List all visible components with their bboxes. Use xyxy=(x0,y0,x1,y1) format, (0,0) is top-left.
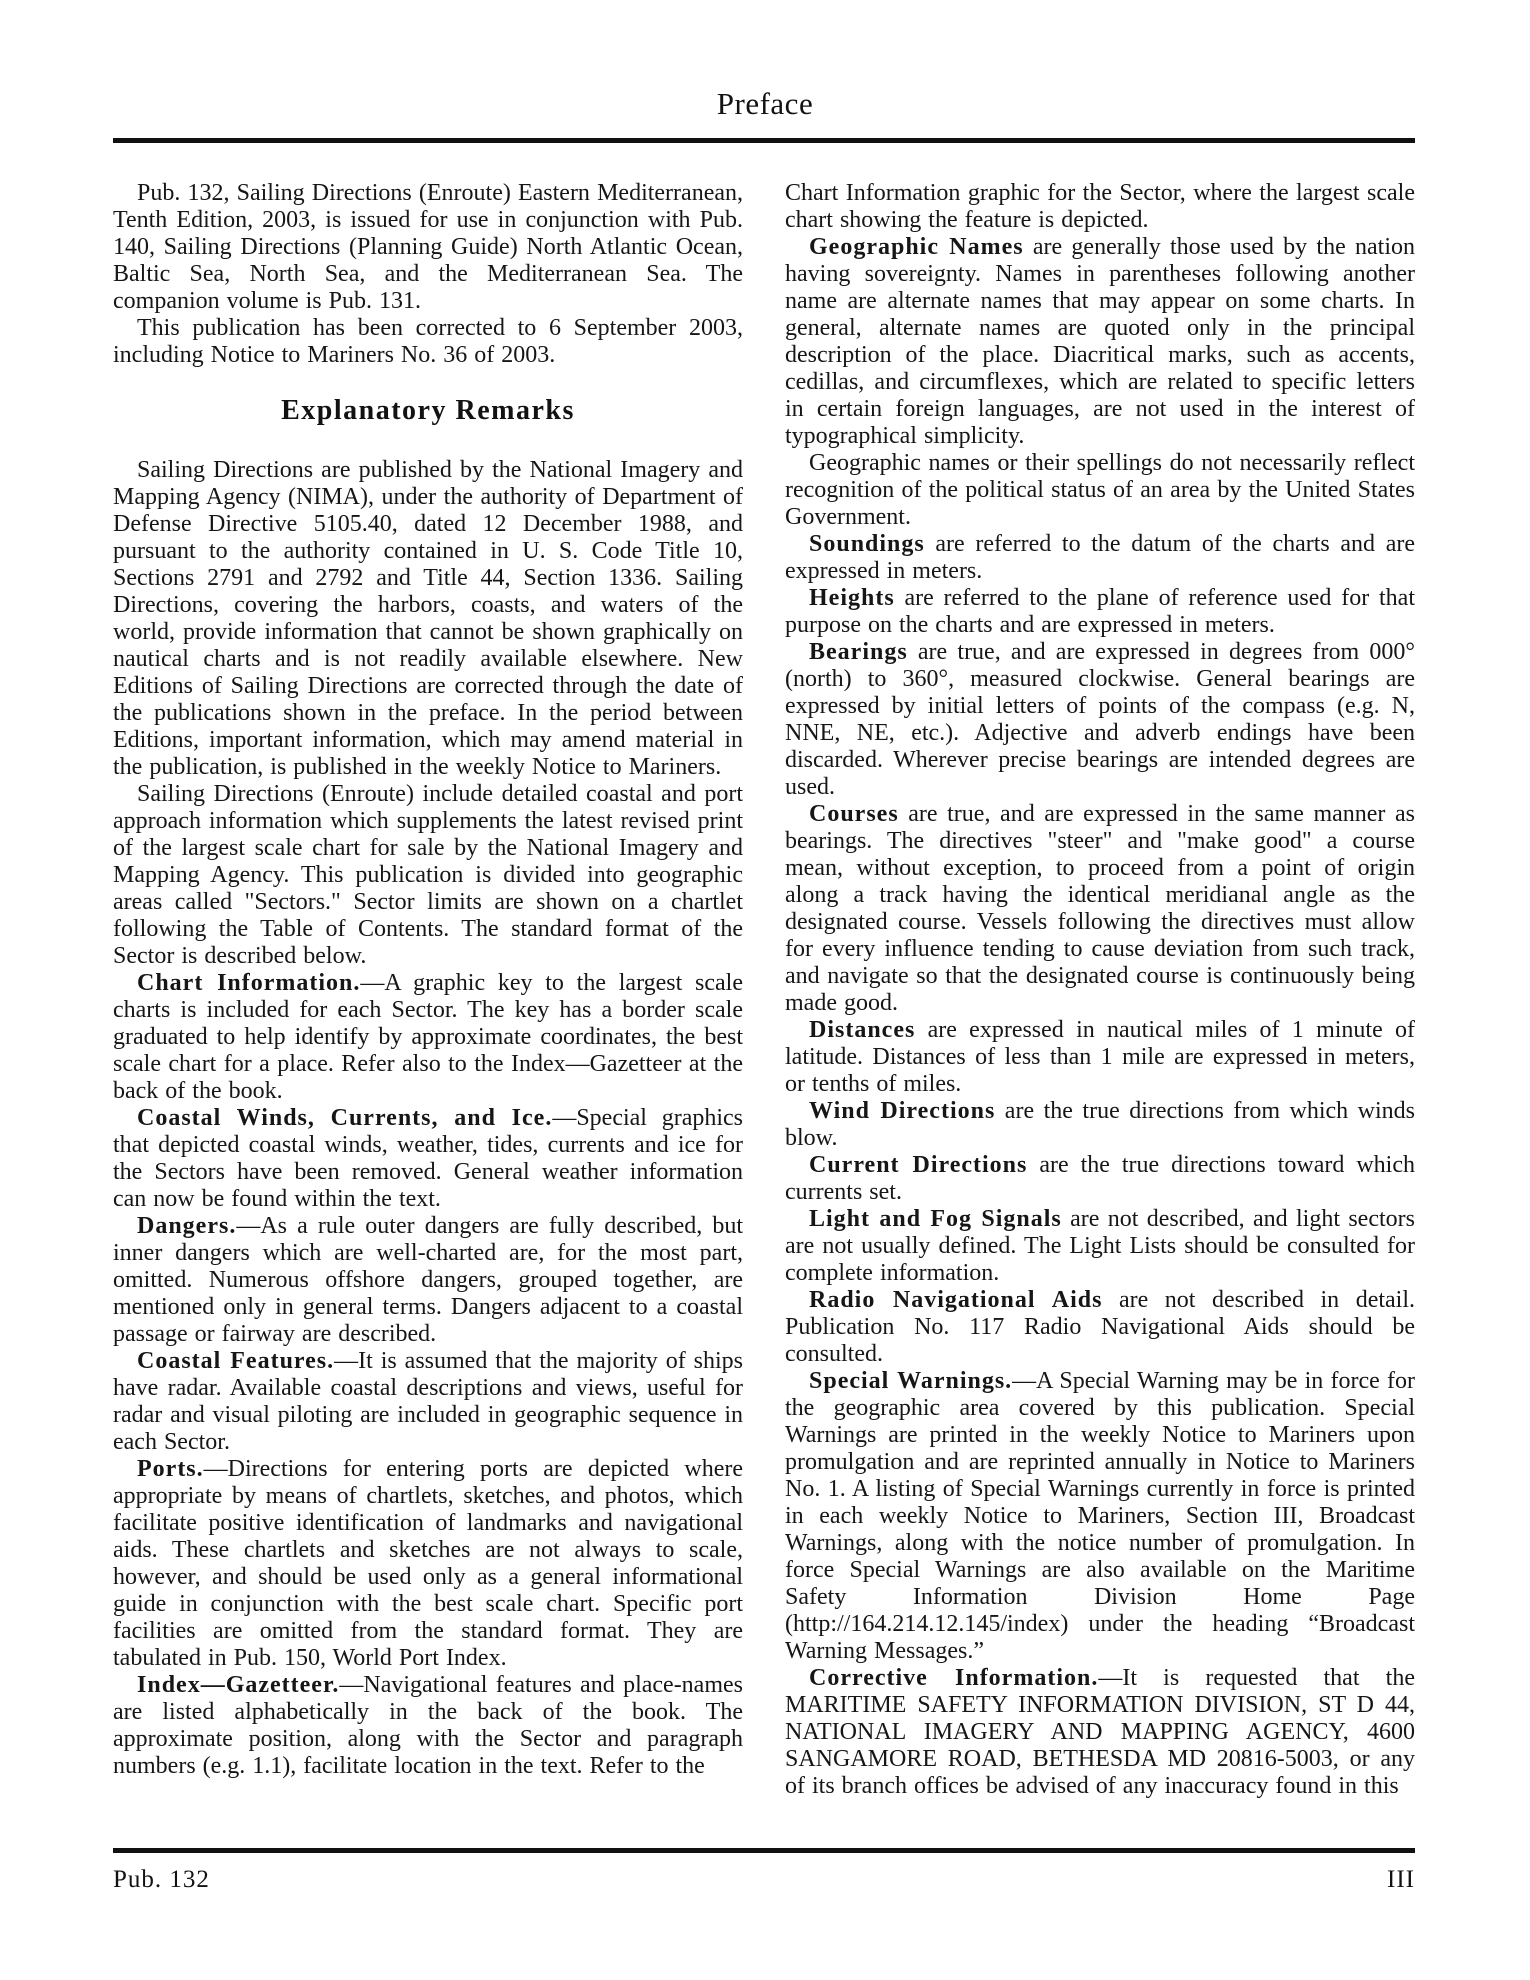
paragraph-lead: Corrective Information. xyxy=(809,1665,1098,1691)
document-page: Preface Pub. 132, Sailing Directions (En… xyxy=(0,0,1530,1980)
paragraph: Distances are expressed in nautical mile… xyxy=(785,1017,1415,1098)
paragraph: Sailing Directions (Enroute) include det… xyxy=(113,781,743,970)
page-title: Preface xyxy=(0,86,1530,122)
two-column-body: Pub. 132, Sailing Directions (Enroute) E… xyxy=(113,180,1415,1836)
paragraph: Pub. 132, Sailing Directions (Enroute) E… xyxy=(113,180,743,315)
paragraph: Radio Navigational Aids are not describe… xyxy=(785,1287,1415,1368)
paragraph-lead: Geographic Names xyxy=(809,234,1024,260)
paragraph: Current Directions are the true directio… xyxy=(785,1152,1415,1206)
paragraph: Geographic names or their spellings do n… xyxy=(785,450,1415,531)
paragraph: Ports.—Directions for entering ports are… xyxy=(113,1456,743,1672)
paragraph-lead: Ports. xyxy=(137,1456,204,1482)
footer-rule xyxy=(113,1848,1415,1853)
paragraph: Heights are referred to the plane of ref… xyxy=(785,585,1415,639)
paragraph: Chart Information.—A graphic key to the … xyxy=(113,970,743,1105)
paragraph-lead: Heights xyxy=(809,585,895,611)
paragraph: Soundings are referred to the datum of t… xyxy=(785,531,1415,585)
left-column: Pub. 132, Sailing Directions (Enroute) E… xyxy=(113,180,743,1836)
right-column: Chart Information graphic for the Sector… xyxy=(785,180,1415,1836)
paragraph-lead: Special Warnings. xyxy=(809,1368,1012,1394)
paragraph-lead: Coastal Winds, Currents, and Ice. xyxy=(137,1105,552,1131)
paragraph: Courses are true, and are expressed in t… xyxy=(785,801,1415,1017)
paragraph: Chart Information graphic for the Sector… xyxy=(785,180,1415,234)
footer-page-number: III xyxy=(1387,1866,1415,1894)
paragraph: Bearings are true, and are expressed in … xyxy=(785,639,1415,801)
paragraph: Light and Fog Signals are not described,… xyxy=(785,1206,1415,1287)
paragraph: Coastal Winds, Currents, and Ice.—Specia… xyxy=(113,1105,743,1213)
paragraph-lead: Courses xyxy=(809,801,899,827)
paragraph-lead: Light and Fog Signals xyxy=(809,1206,1062,1232)
section-heading: Explanatory Remarks xyxy=(113,395,743,427)
paragraph: Corrective Information.—It is requested … xyxy=(785,1665,1415,1800)
paragraph: Sailing Directions are published by the … xyxy=(113,457,743,781)
page-footer: Pub. 132 III xyxy=(113,1866,1415,1894)
paragraph: Coastal Features.—It is assumed that the… xyxy=(113,1348,743,1456)
header-rule xyxy=(113,138,1415,143)
paragraph-lead: Dangers. xyxy=(137,1213,236,1239)
paragraph: This publication has been corrected to 6… xyxy=(113,315,743,369)
paragraph: Geographic Names are generally those use… xyxy=(785,234,1415,450)
paragraph: Index—Gazetteer.—Navigational features a… xyxy=(113,1672,743,1780)
paragraph-lead: Wind Directions xyxy=(809,1098,995,1124)
paragraph: Wind Directions are the true directions … xyxy=(785,1098,1415,1152)
paragraph-lead: Current Directions xyxy=(809,1152,1027,1178)
paragraph-lead: Bearings xyxy=(809,639,908,665)
paragraph-lead: Soundings xyxy=(809,531,925,557)
footer-publication-number: Pub. 132 xyxy=(113,1866,210,1894)
paragraph: Dangers.—As a rule outer dangers are ful… xyxy=(113,1213,743,1348)
paragraph-lead: Radio Navigational Aids xyxy=(809,1287,1102,1313)
paragraph: Special Warnings.—A Special Warning may … xyxy=(785,1368,1415,1665)
paragraph-lead: Chart Information. xyxy=(137,970,360,996)
paragraph-lead: Distances xyxy=(809,1017,915,1043)
paragraph-lead: Coastal Features. xyxy=(137,1348,334,1374)
paragraph-lead: Index—Gazetteer. xyxy=(137,1672,339,1698)
